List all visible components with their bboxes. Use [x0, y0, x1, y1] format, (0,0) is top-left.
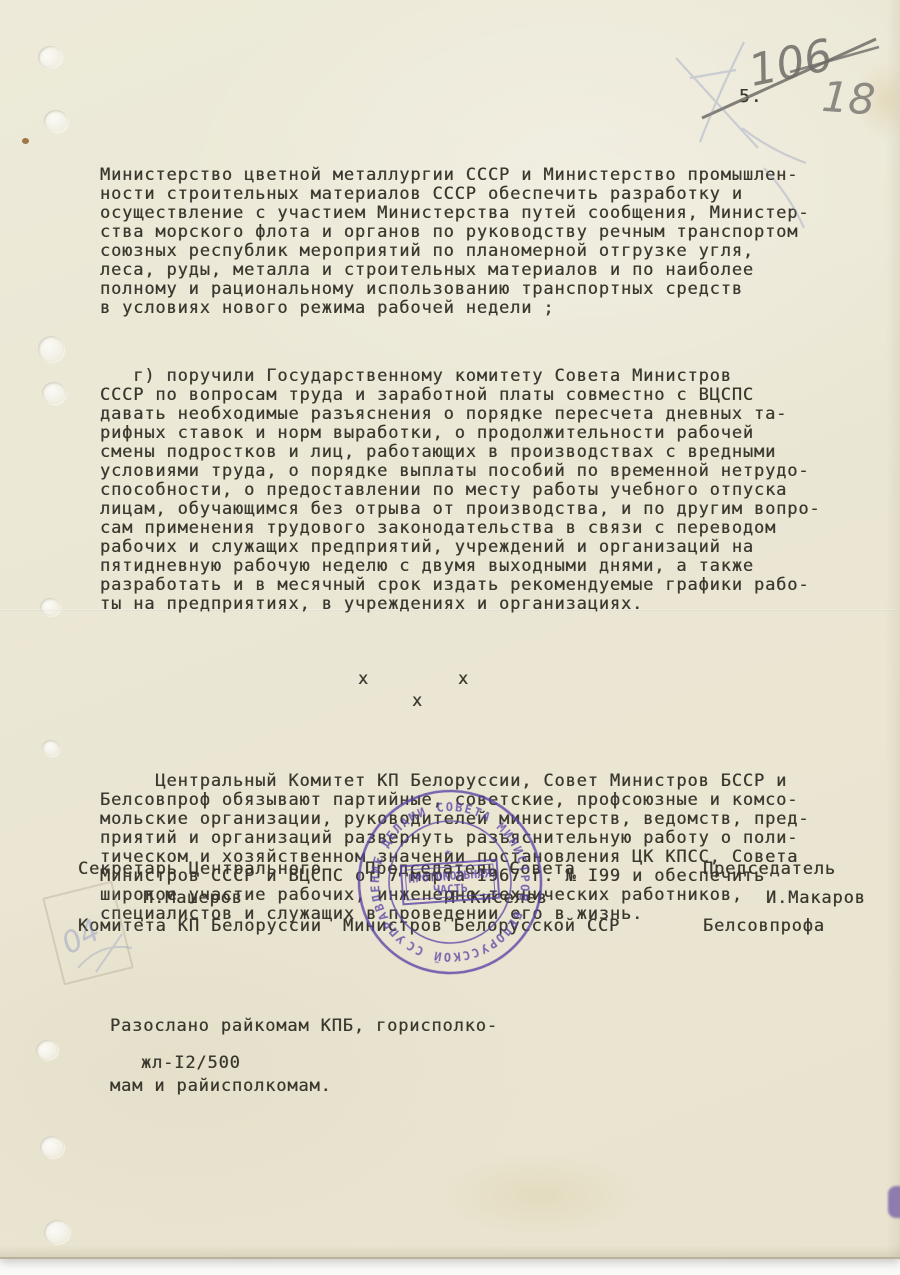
text-line: разработать и в месячный срок издать рек…	[100, 576, 870, 595]
text-line: сам применения трудового законодательств…	[100, 519, 870, 538]
separator-x: х	[458, 670, 469, 689]
text-line: давать необходимые разъяснения о порядке…	[100, 405, 870, 424]
signature-name-makarov: И.Макаров	[766, 888, 866, 908]
text-line: Министерство цветной металлургии СССР и …	[100, 166, 870, 185]
section-separator: х х х	[100, 668, 870, 714]
paper-damage-spot	[40, 737, 62, 758]
distribution-line: Разослано райкомам КПБ, горисполко-	[110, 1016, 498, 1036]
stamp-center-text: ЧАСТЬ	[433, 881, 469, 897]
text-line: ства морского флота и органов по руковод…	[100, 223, 870, 242]
text-line: осуществление с участием Министерства пу…	[100, 204, 870, 223]
text-line: смены подростков и лиц, работающих в про…	[100, 443, 870, 462]
text-line: условиями труда, о порядке выплаты пособ…	[100, 462, 870, 481]
separator-x: х	[412, 692, 423, 711]
text-line: рабочих и служащих предприятий, учрежден…	[100, 538, 870, 557]
stamp-star-icon: ★	[444, 845, 452, 858]
paper-damage-spot	[40, 1136, 64, 1158]
paper-damage-spot	[40, 598, 60, 616]
paper-stain	[430, 1150, 650, 1240]
paper-damage-spot	[42, 1218, 71, 1245]
strike-through-stroke	[702, 39, 876, 118]
text-line: рифных ставок и норм выработки, о продол…	[100, 424, 870, 443]
signature-title-line: Председатель	[703, 860, 836, 879]
paragraph-item-g: г) поручили Государственному комитету Со…	[100, 367, 870, 614]
page-edge-shade	[0, 1245, 900, 1257]
distribution-line: мам и райисполкомам.	[110, 1076, 498, 1096]
ink-speck	[22, 138, 29, 144]
text-line: лицам, обучающимся без отрыва от произво…	[100, 500, 870, 519]
text-line: СССР по вопросам труда и заработной плат…	[100, 386, 870, 405]
paper-damage-spot	[34, 1038, 59, 1062]
paper-damage-spot	[36, 43, 65, 70]
signature-title-line: Секретарь Центрального	[78, 860, 322, 879]
text-line: леса, руды, металла и строительных матер…	[100, 261, 870, 280]
separator-x: х	[358, 670, 369, 689]
print-run-code: жл-I2/500	[141, 1053, 241, 1073]
text-line: в условиях нового режима рабочей недели …	[100, 299, 870, 318]
text-line: ты на предприятиях, в учреждениях и орга…	[100, 595, 870, 614]
official-round-stamp: УПРАВЛЕНИЕ ДЕЛАМИ СОВЕТА МИНИСТРОВ БЕЛОР…	[343, 775, 556, 988]
paragraph-transport: Министерство цветной металлургии СССР и …	[100, 166, 870, 318]
text-line: способности, о предоставлении по месту р…	[100, 481, 870, 500]
page-edge-shade	[886, 0, 900, 1257]
signature-name-masherov: П.Машеров	[143, 888, 243, 908]
paper-sheet: 5. Министерство цветной металлургии СССР…	[0, 0, 900, 1259]
paper-damage-spot	[38, 336, 64, 362]
paper-damage-spot	[42, 108, 69, 134]
text-line: г) поручили Государственному комитету Со…	[100, 367, 870, 386]
text-line: полному и рациональному использованию тр…	[100, 280, 870, 299]
text-line: ности строительных материалов СССР обесп…	[100, 185, 870, 204]
scanned-document: 5. Министерство цветной металлургии СССР…	[0, 0, 900, 1275]
text-line: союзных республик мероприятий по планоме…	[100, 242, 870, 261]
text-line: пятидневную рабочую неделю с двумя выход…	[100, 557, 870, 576]
signature-title-line: Белсовпрофа	[703, 917, 836, 936]
paper-damage-spot	[40, 380, 68, 407]
typed-page-number: 5.	[739, 86, 763, 107]
